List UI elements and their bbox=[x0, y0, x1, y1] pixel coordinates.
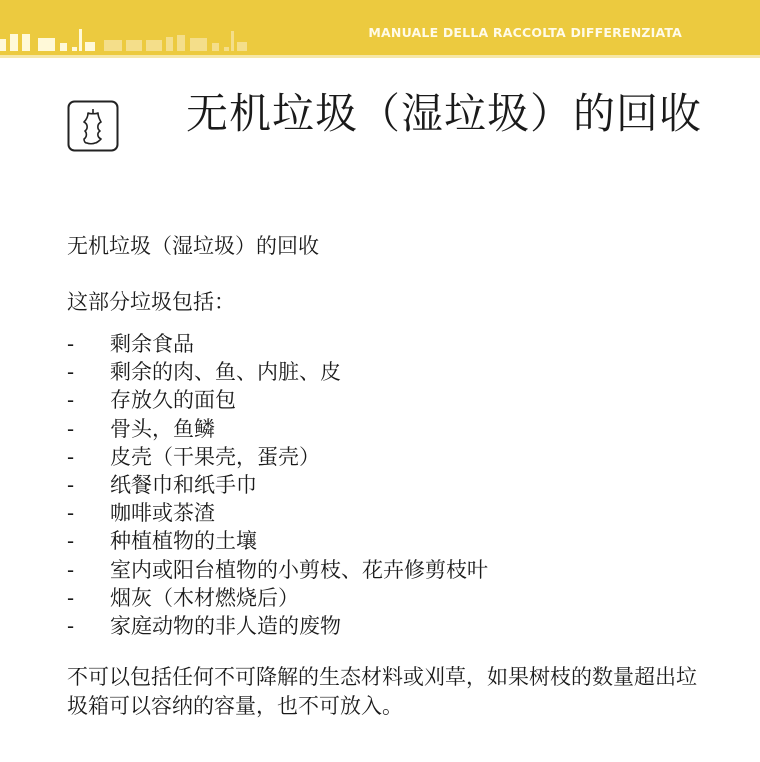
bullet-dash: - bbox=[67, 527, 110, 555]
section-subtitle: 无机垃圾（湿垃圾）的回收 bbox=[67, 232, 319, 260]
list-item: -咖啡或茶渣 bbox=[67, 499, 488, 527]
bullet-dash: - bbox=[67, 556, 110, 584]
header-divider bbox=[0, 55, 760, 58]
list-item-text: 剩余食品 bbox=[110, 330, 194, 358]
bullet-dash: - bbox=[67, 358, 110, 386]
list-item: -剩余的肉、鱼、内脏、皮 bbox=[67, 358, 488, 386]
bullet-dash: - bbox=[67, 612, 110, 640]
list-item: -烟灰（木材燃烧后） bbox=[67, 584, 488, 612]
intro-text: 这部分垃圾包括： bbox=[67, 288, 235, 316]
list-item: -剩余食品 bbox=[67, 330, 488, 358]
list-item-text: 纸餐巾和纸手巾 bbox=[110, 471, 257, 499]
header-title: MANUALE DELLA RACCOLTA DIFFERENZIATA bbox=[368, 25, 682, 40]
bullet-dash: - bbox=[67, 415, 110, 443]
list-item: -纸餐巾和纸手巾 bbox=[67, 471, 488, 499]
list-item-text: 剩余的肉、鱼、内脏、皮 bbox=[110, 358, 341, 386]
page-title: 无机垃圾（湿垃圾）的回收 bbox=[186, 88, 706, 140]
list-item-text: 室内或阳台植物的小剪枝、花卉修剪枝叶 bbox=[110, 556, 488, 584]
list-item-text: 存放久的面包 bbox=[110, 386, 236, 414]
list-item: -家庭动物的非人造的废物 bbox=[67, 612, 488, 640]
bullet-dash: - bbox=[67, 499, 110, 527]
list-item-text: 骨头，鱼鳞 bbox=[110, 415, 215, 443]
list-item: -存放久的面包 bbox=[67, 386, 488, 414]
list-item-text: 咖啡或茶渣 bbox=[110, 499, 215, 527]
items-list: -剩余食品 -剩余的肉、鱼、内脏、皮 -存放久的面包 -骨头，鱼鳞 -皮壳（干果… bbox=[67, 330, 488, 640]
apple-core-icon bbox=[67, 100, 119, 152]
list-item-text: 种植植物的土壤 bbox=[110, 527, 257, 555]
note-paragraph: 不可以包括任何不可降解的生态材料或刈草，如果树枝的数量超出垃圾箱可以容纳的容量，… bbox=[67, 663, 707, 721]
list-item: -室内或阳台植物的小剪枝、花卉修剪枝叶 bbox=[67, 556, 488, 584]
list-item-text: 皮壳（干果壳，蛋壳） bbox=[110, 443, 320, 471]
bullet-dash: - bbox=[67, 330, 110, 358]
bullet-dash: - bbox=[67, 471, 110, 499]
skyline-bars-logo bbox=[0, 29, 260, 51]
list-item: -种植植物的土壤 bbox=[67, 527, 488, 555]
header-banner: MANUALE DELLA RACCOLTA DIFFERENZIATA bbox=[0, 0, 760, 55]
bullet-dash: - bbox=[67, 443, 110, 471]
bullet-dash: - bbox=[67, 584, 110, 612]
list-item-text: 烟灰（木材燃烧后） bbox=[110, 584, 299, 612]
bullet-dash: - bbox=[67, 386, 110, 414]
list-item-text: 家庭动物的非人造的废物 bbox=[110, 612, 341, 640]
list-item: -皮壳（干果壳，蛋壳） bbox=[67, 443, 488, 471]
list-item: -骨头，鱼鳞 bbox=[67, 415, 488, 443]
